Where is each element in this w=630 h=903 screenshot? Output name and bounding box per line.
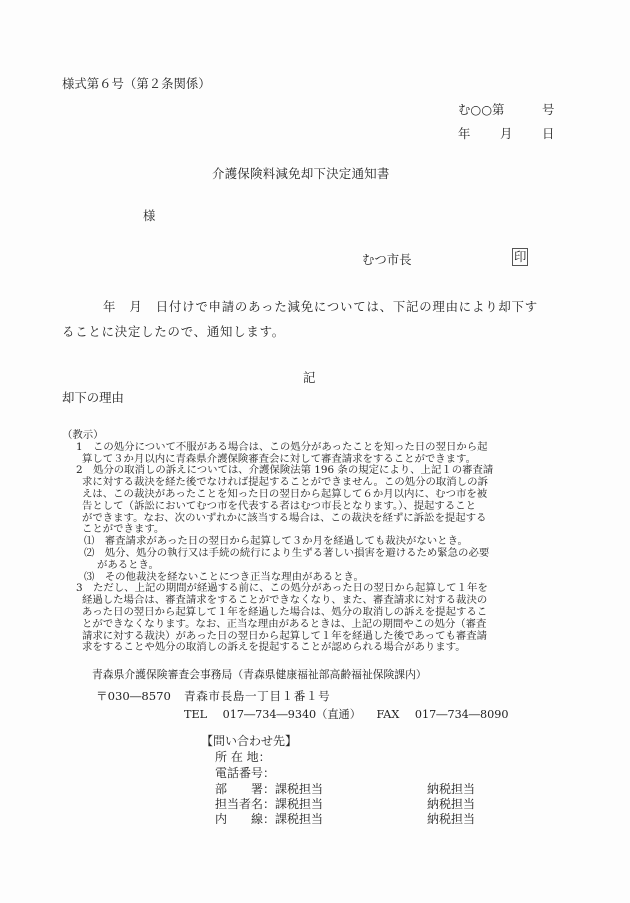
fax-label: FAX [377,708,400,721]
contact-label: 部 署： [215,782,275,796]
contact-row-extension: 内 線：課税担当 納税担当 [215,810,495,827]
fax-number: 017―734―8090 [415,708,509,721]
date-month: 月 [500,124,512,142]
contact-value-tax: 課税担当 [275,782,323,796]
tel-number: 017―734―9340（直通） [223,708,361,721]
office-name: 青森県介護保険審査会事務局（青森県健康福祉部高齢福祉保険課内） [92,667,427,682]
contact-section: 【問い合わせ先】 所 在 地： 電話番号： 部 署：課税担当 納税担当 担当者名… [205,732,505,832]
office-phone-fax: TEL 017―734―9340（直通） FAX 017―734―8090 [184,706,508,722]
ki-heading: 記 [303,368,315,386]
date-year: 年 [458,124,470,142]
office-address: 青森市長島一丁目１番１号 [184,688,330,704]
notice-line: 求をすることや処分の取消しの訴えを提起することが認められる場合があります。 [82,642,466,654]
doc-number-prefix: む○○第 [458,102,504,117]
date-day: 日 [542,124,554,142]
contact-row-phone: 電話番号： [215,764,275,781]
notice-line: 告として（訴訟においてむつ市を代表する者はむつ市長となります。）、提起すること [82,501,476,513]
contact-label: 電話番号： [215,766,275,780]
reason-label: 却下の理由 [62,388,124,406]
notice-section: （教示） 1 この処分について不服がある場合は、この処分があったことを知った日の… [66,430,576,665]
notice-line: とができなくなります。なお、正当な理由があるときは、上記の期間やこの処分（審査 [82,619,486,631]
contact-heading: 【問い合わせ先】 [201,732,297,749]
contact-label: 内 線： [215,812,275,826]
recipient-suffix: 様 [143,206,155,224]
contact-label: 所 在 地： [215,750,271,764]
contact-label: 担当者名： [215,797,275,811]
body-line-2: ることに決定したので、通知します。 [62,322,285,340]
contact-row-location: 所 在 地： [215,748,271,765]
notice-line: があるとき。 [97,560,159,572]
body-line-1: 年 月 日付けで申請のあった減免については、下記の理由により却下す [103,297,538,315]
document-page: 様式第６号（第２条関係） む○○第 号 年 月 日 介護保険料減免却下決定通知書… [0,0,630,903]
doc-number-suffix: 号 [542,100,554,118]
official-seal: 印 [512,248,528,266]
contact-value-payment: 納税担当 [427,810,475,827]
document-number: む○○第 号 [458,100,558,118]
notice-line: 1 この処分について不服がある場合は、この処分があったことを知った日の翌日から起 [76,442,488,454]
document-title: 介護保険料減免却下決定通知書 [212,164,390,182]
contact-value-tax: 課税担当 [275,812,323,826]
seal-mark: 印 [512,248,528,266]
office-postal: 〒030―8570 [96,688,171,704]
contact-value-tax: 課税担当 [275,797,323,811]
form-label: 様式第６号（第２条関係） [62,74,211,92]
issuer-name: むつ市長 [362,250,412,268]
tel-label: TEL [184,708,207,721]
